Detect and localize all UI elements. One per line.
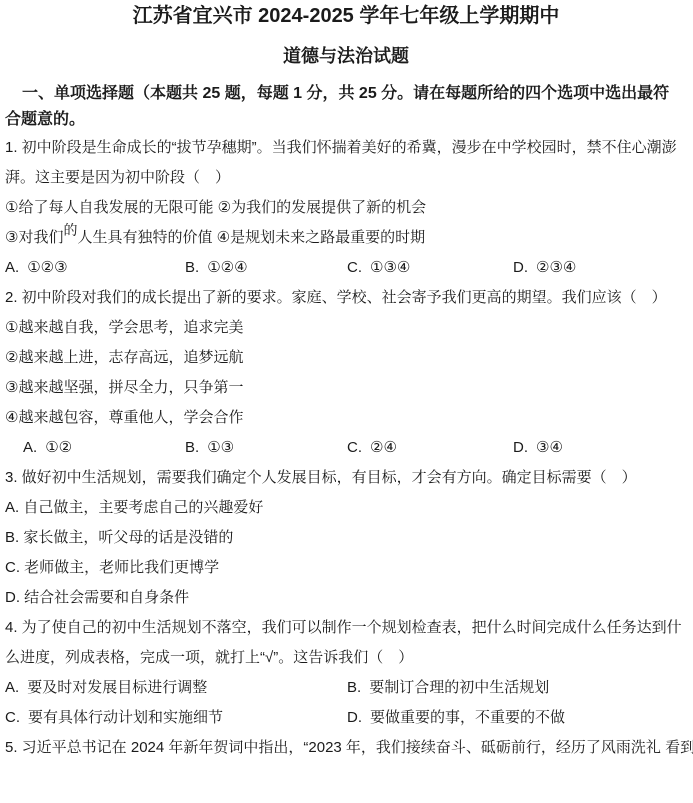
- question-2-item-2: ②越来越上进，志存高远，追梦远航: [5, 343, 687, 373]
- option-label: A.: [5, 499, 19, 516]
- option-d: D.②③④: [513, 253, 687, 283]
- question-1-options-row: A.①②③ B.①②④ C.①③④ D.②③④: [5, 253, 687, 283]
- page-title: 江苏省宜兴市 2024-2025 学年七年级上学期期中: [5, 2, 687, 30]
- option-text: ③④: [536, 439, 563, 456]
- option-text: ①②: [45, 439, 72, 456]
- option-label: D.: [5, 589, 20, 606]
- question-1-items-line1: ①给了每人自我发展的无限可能 ②为我们的发展提供了新的机会: [5, 193, 687, 223]
- question-3-stem: 3. 做好初中生活规划，需要我们确定个人发展目标，有目标，才会有方向。确定目标需…: [5, 463, 687, 493]
- option-b: B.①③: [185, 433, 347, 463]
- section-heading-line2: 合题意的。: [5, 107, 687, 133]
- question-3-option-b: B. 家长做主，听父母的话是没错的: [5, 523, 687, 553]
- question-2-options-row: A.①② B.①③ C.②④ D.③④: [5, 433, 687, 463]
- question-2-item-4: ④越来越包容，尊重他人，学会合作: [5, 403, 687, 433]
- page-subtitle: 道德与法治试题: [5, 43, 687, 69]
- exam-paper-page: 江苏省宜兴市 2024-2025 学年七年级上学期期中 道德与法治试题 一、单项…: [0, 0, 693, 803]
- option-label: A.: [5, 679, 19, 696]
- option-label: C.: [5, 709, 20, 726]
- option-text: 老师做主，老师比我们更博学: [24, 559, 219, 576]
- option-text: 要有具体行动计划和实施细节: [28, 709, 223, 726]
- option-text: ②④: [370, 439, 397, 456]
- option-text: ①③④: [370, 259, 410, 276]
- question-3-option-d: D. 结合社会需要和自身条件: [5, 583, 687, 613]
- option-label: C.: [5, 559, 20, 576]
- option-a: A.要及时对发展目标进行调整: [5, 673, 347, 703]
- option-text: 要做重要的事，不重要的不做: [370, 709, 565, 726]
- option-text: ①②④: [207, 259, 247, 276]
- question-2-item-3: ③越来越坚强，拼尽全力，只争第一: [5, 373, 687, 403]
- option-label: D.: [347, 709, 362, 726]
- option-b: B.要制订合理的初中生活规划: [347, 673, 687, 703]
- option-label: B.: [5, 529, 19, 546]
- option-label: A.: [23, 439, 37, 456]
- section-heading: 一、单项选择题（本题共 25 题，每题 1 分，共 25 分。请在每题所给的四个…: [5, 81, 687, 133]
- option-text: 要及时对发展目标进行调整: [27, 679, 207, 696]
- question-1-stem: 1. 初中阶段是生命成长的“拔节孕穗期”。当我们怀揣着美好的希冀，漫步在中学校园…: [5, 133, 687, 193]
- question-4-options-row-2: C.要有具体行动计划和实施细节 D.要做重要的事，不重要的不做: [5, 703, 687, 733]
- option-label: A.: [5, 259, 19, 276]
- option-text: 结合社会需要和自身条件: [24, 589, 189, 606]
- superscript-char: 的: [63, 222, 77, 238]
- option-c: C.要有具体行动计划和实施细节: [5, 703, 347, 733]
- question-4-stem: 4. 为了使自己的初中生活规划不落空，我们可以制作一个规划检查表，把什么时间完成…: [5, 613, 687, 673]
- item-text: ③对我们: [5, 229, 63, 246]
- option-a: A.①②③: [5, 253, 185, 283]
- question-2-stem: 2. 初中阶段对我们的成长提出了新的要求。家庭、学校、社会寄予我们更高的期望。我…: [5, 283, 687, 313]
- option-label: B.: [185, 439, 199, 456]
- option-text: ②③④: [536, 259, 576, 276]
- option-c: C.①③④: [347, 253, 513, 283]
- option-label: B.: [185, 259, 199, 276]
- option-b: B.①②④: [185, 253, 347, 283]
- question-1-items-line2: ③对我们的人生具有独特的价值 ④是规划未来之路最重要的时期: [5, 223, 687, 253]
- option-text: 自己做主，主要考虑自己的兴趣爱好: [23, 499, 263, 516]
- option-label: D.: [513, 439, 528, 456]
- option-label: D.: [513, 259, 528, 276]
- item-text: 人生具有独特的价值 ④是规划未来之路最重要的时期: [77, 229, 425, 246]
- option-d: D.要做重要的事，不重要的不做: [347, 703, 687, 733]
- option-c: C.②④: [347, 433, 513, 463]
- question-4-options-row-1: A.要及时对发展目标进行调整 B.要制订合理的初中生活规划: [5, 673, 687, 703]
- option-text: 家长做主，听父母的话是没错的: [23, 529, 233, 546]
- question-3-option-a: A. 自己做主，主要考虑自己的兴趣爱好: [5, 493, 687, 523]
- question-2-item-1: ①越来越自我，学会思考，追求完美: [5, 313, 687, 343]
- section-heading-line1: 一、单项选择题（本题共 25 题，每题 1 分，共 25 分。请在每题所给的四个…: [5, 81, 687, 107]
- option-label: C.: [347, 259, 362, 276]
- option-a: A.①②: [5, 433, 185, 463]
- option-label: B.: [347, 679, 361, 696]
- option-d: D.③④: [513, 433, 687, 463]
- option-text: 要制订合理的初中生活规划: [369, 679, 549, 696]
- question-5-stem-clipped: 5. 习近平总书记在 2024 年新年贺词中指出，“2023 年，我们接续奋斗、…: [5, 733, 687, 763]
- question-3-option-c: C. 老师做主，老师比我们更博学: [5, 553, 687, 583]
- option-text: ①③: [207, 439, 234, 456]
- option-label: C.: [347, 439, 362, 456]
- option-text: ①②③: [27, 259, 67, 276]
